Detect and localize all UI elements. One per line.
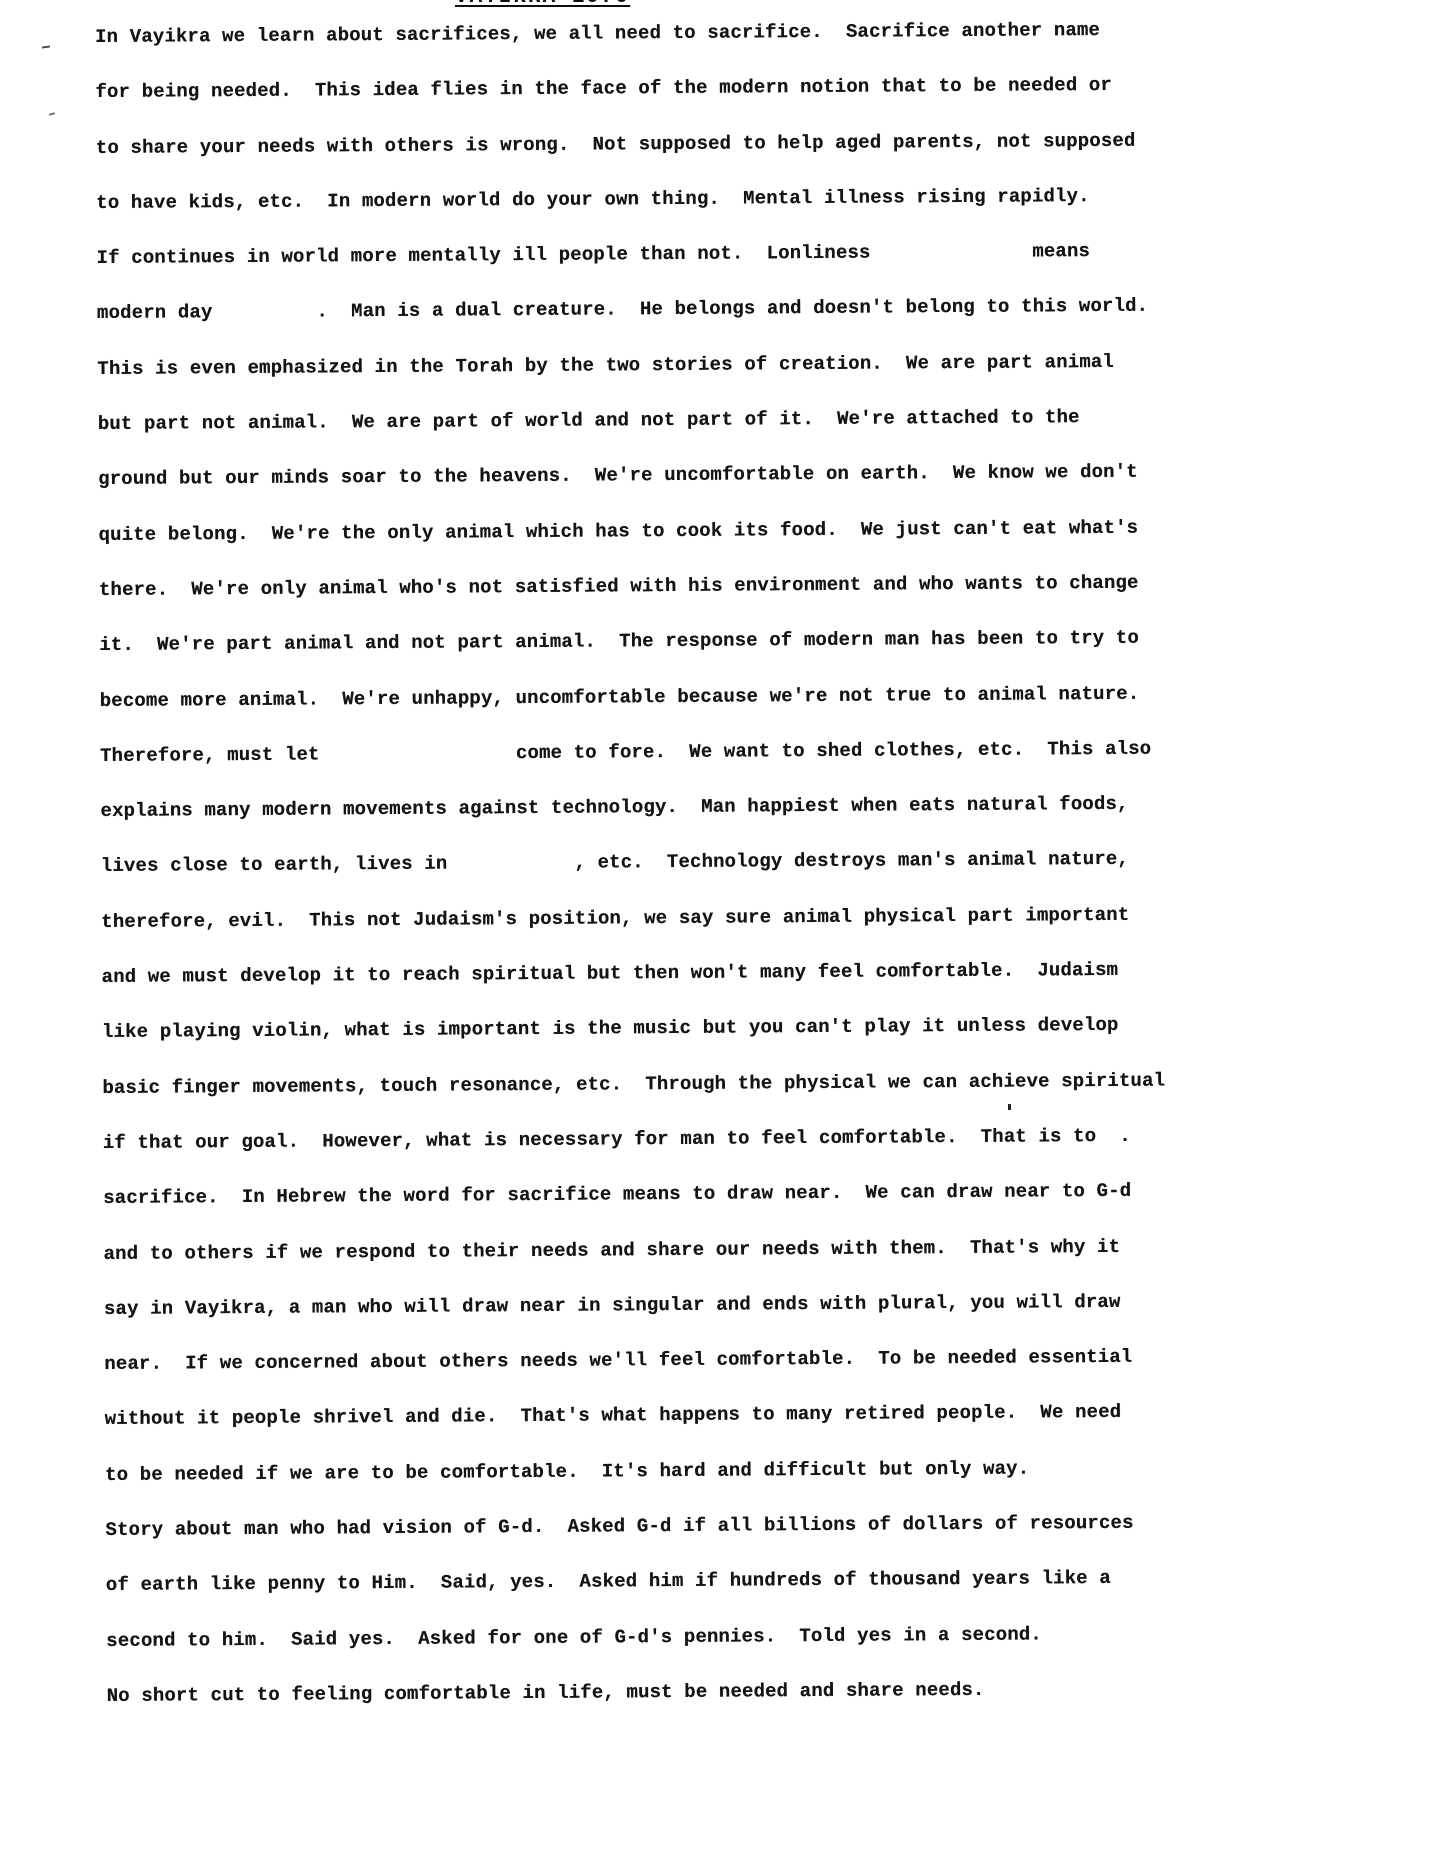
text-line: there. We're only animal who's not satis… bbox=[99, 570, 1339, 634]
document-page: VAYIKRA 1979 In Vayikra we learn about s… bbox=[0, 0, 1430, 1851]
text-line: quite belong. We're the only animal whic… bbox=[98, 515, 1338, 579]
text-line: without it people shrivel and die. That'… bbox=[105, 1400, 1345, 1464]
text-line: Story about man who had vision of G-d. A… bbox=[105, 1510, 1345, 1574]
text-line: and to others if we respond to their nee… bbox=[103, 1234, 1343, 1298]
text-line: to be needed if we are to be comfortable… bbox=[105, 1455, 1345, 1519]
text-line: If continues in world more mentally ill … bbox=[97, 239, 1337, 303]
text-line: it. We're part animal and not part anima… bbox=[99, 626, 1339, 690]
text-line: second to him. Said yes. Asked for one o… bbox=[106, 1621, 1346, 1685]
text-line: and we must develop it to reach spiritua… bbox=[102, 957, 1342, 1021]
text-line: of earth like penny to Him. Said, yes. A… bbox=[106, 1566, 1346, 1630]
document-body: In Vayikra we learn about sacrifices, we… bbox=[95, 17, 1347, 1740]
text-line: explains many modern movements against t… bbox=[100, 791, 1340, 855]
scan-artifact-dash bbox=[42, 45, 50, 48]
text-line: therefore, evil. This not Judaism's posi… bbox=[101, 902, 1341, 966]
text-line: lives close to earth, lives in , etc. Te… bbox=[101, 847, 1341, 911]
text-line: become more animal. We're unhappy, uncom… bbox=[100, 681, 1340, 745]
text-line: sacrifice. In Hebrew the word for sacrif… bbox=[103, 1179, 1343, 1243]
scan-artifact-dash bbox=[49, 112, 55, 115]
text-line: to share your needs with others is wrong… bbox=[96, 128, 1336, 192]
text-line: ground but our minds soar to the heavens… bbox=[98, 460, 1338, 524]
text-line: to have kids, etc. In modern world do yo… bbox=[96, 183, 1336, 247]
text-line: modern day . Man is a dual creature. He … bbox=[97, 294, 1337, 358]
page-title: VAYIKRA 1979 bbox=[455, 0, 630, 9]
text-line: Therefore, must let come to fore. We wan… bbox=[100, 736, 1340, 800]
scan-artifact-dot bbox=[1008, 1104, 1011, 1110]
scan-clip-artifact bbox=[88, 1707, 633, 1716]
text-line: near. If we concerned about others needs… bbox=[104, 1344, 1344, 1408]
text-line: basic finger movements, touch resonance,… bbox=[102, 1068, 1342, 1132]
text-line: say in Vayikra, a man who will draw near… bbox=[104, 1289, 1344, 1353]
text-line: if that our goal. However, what is neces… bbox=[103, 1123, 1343, 1187]
text-line: This is even emphasized in the Torah by … bbox=[97, 349, 1337, 413]
text-line: but part not animal. We are part of worl… bbox=[98, 404, 1338, 468]
text-line: In Vayikra we learn about sacrifices, we… bbox=[95, 17, 1335, 81]
text-line: for being needed. This idea flies in the… bbox=[95, 73, 1335, 137]
text-line: like playing violin, what is important i… bbox=[102, 1013, 1342, 1077]
